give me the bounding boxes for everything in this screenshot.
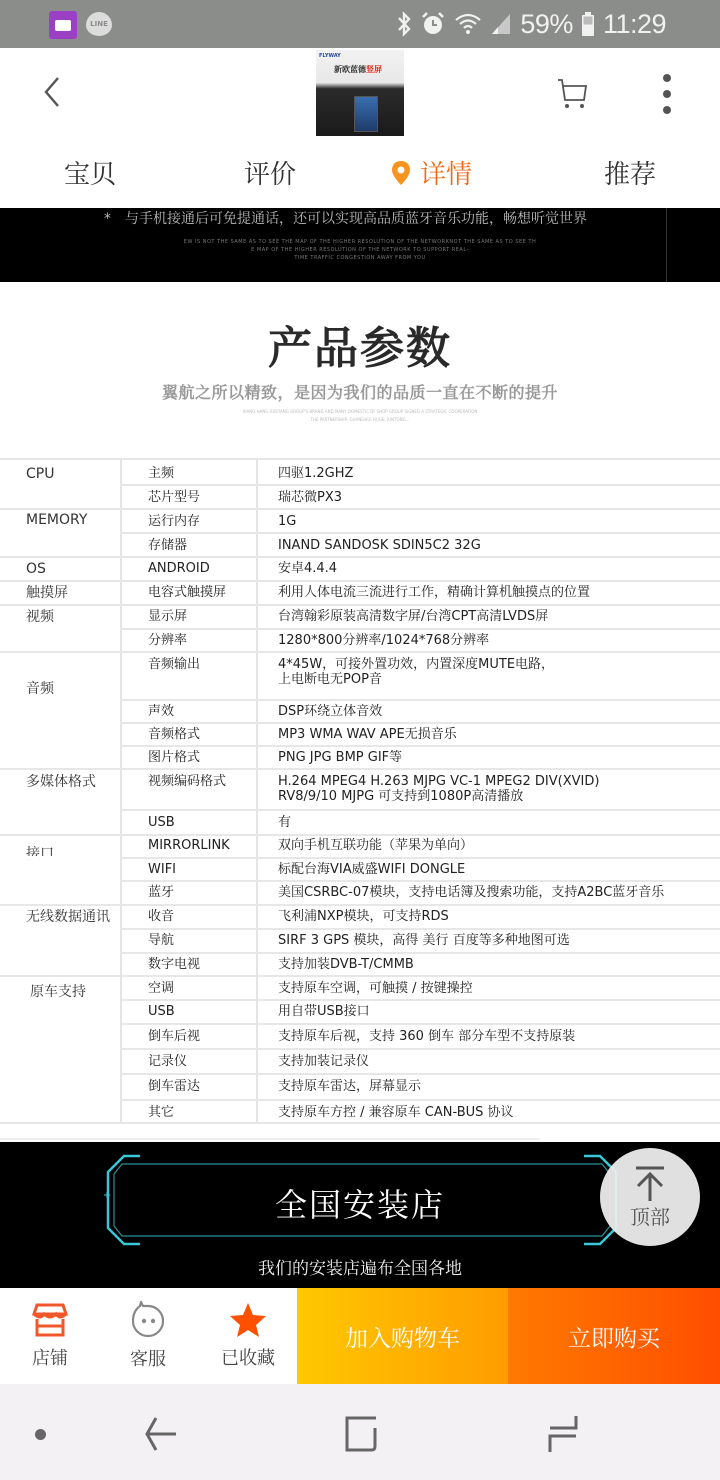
- divider: [0, 1138, 540, 1140]
- spec-value: 1280*800分辨率/1024*768分辨率: [278, 633, 489, 649]
- battery-icon: [581, 11, 595, 37]
- spec-category: OS: [26, 561, 46, 577]
- line-icon: LINE: [86, 12, 112, 36]
- feature-english: EW IS NOT THE SAME AS TO SEE THE MAP OF …: [0, 238, 720, 262]
- tab-label: 推荐: [604, 154, 656, 191]
- spec-category: 视频: [26, 609, 54, 625]
- table-row: 记录仪 支持加装记录仪: [0, 1048, 720, 1072]
- cell-merge-mask: [0, 951, 120, 954]
- table-row: MEMORY 运行内存 1G: [0, 508, 720, 532]
- feature-banner: *与手机接通后可免提通话，还可以实现高品质蓝牙音乐功能，畅想听觉世界 EW IS…: [0, 208, 720, 282]
- table-row: 导航 SIRF 3 GPS 模块，高得 美行 百度等多种地图可选: [0, 928, 720, 952]
- spec-item: 存储器: [148, 538, 187, 554]
- tab-label: 详情: [420, 154, 472, 191]
- table-row: 其它 支持原车方控 / 兼容原车 CAN-BUS 协议: [0, 1099, 720, 1123]
- spec-value: 支持加装记录仪: [278, 1054, 369, 1070]
- shop-button[interactable]: 店铺: [20, 1288, 80, 1384]
- cell-merge-mask: [0, 744, 120, 747]
- table-row: 触摸屏 电容式触摸屏 利用人体电流三流进行工作，精确计算机触摸点的位置: [0, 580, 720, 604]
- caption-highlight: 竖屏: [366, 65, 382, 74]
- spec-item: 显示屏: [148, 609, 187, 625]
- spec-value: H.264 MPEG4 H.263 MJPG VC-1 MPEG2 DIV(XV…: [278, 774, 599, 790]
- section-subtitle: 翼航之所以精致，是因为我们的品质一直在不断的提升: [0, 380, 720, 403]
- tab-label: 宝贝: [64, 154, 116, 191]
- alarm-icon: [420, 11, 446, 37]
- english-line: TIME TRAFFIC CONGESTION AWAY FROM YOU: [0, 254, 720, 262]
- cell-merge-mask: [0, 531, 120, 534]
- tab-reviews[interactable]: 评价: [244, 154, 296, 191]
- status-bar: LINE 59% 11:29: [0, 0, 720, 48]
- spec-value: 飞利浦NXP模块，可支持RDS: [278, 909, 449, 925]
- cell-merge-mask: [0, 483, 120, 486]
- thumbnail-caption: 新欧蓝德竖屏: [334, 64, 382, 75]
- spec-item: ANDROID: [148, 561, 210, 577]
- cell-merge-mask: [0, 721, 120, 724]
- spec-item: 其它: [148, 1105, 174, 1121]
- cell-merge-mask: [0, 879, 120, 882]
- shop-icon: [31, 1302, 69, 1338]
- buy-now-label: 立即购买: [568, 1320, 660, 1353]
- english-line: EW IS NOT THE SAME AS TO SEE THE MAP OF …: [0, 238, 720, 246]
- wifi-icon: [454, 12, 482, 36]
- cell-merge-mask: [0, 627, 120, 630]
- spec-item: 声效: [148, 704, 174, 720]
- spec-item: 视频编码格式: [148, 774, 226, 790]
- spec-item: USB: [148, 1004, 175, 1020]
- system-home-button[interactable]: [344, 1416, 378, 1452]
- spec-value: 用自带USB接口: [278, 1004, 370, 1020]
- caption-main: 新欧蓝德: [334, 65, 366, 74]
- spec-category: 音频: [26, 681, 54, 697]
- spec-item: 蓝牙: [148, 885, 174, 901]
- table-row: 接口 MIRRORLINK 双向手机互联功能（苹果为单向）: [0, 834, 720, 858]
- spec-category: MEMORY: [26, 512, 87, 528]
- tab-bar: 宝贝 评价 详情 推荐: [0, 148, 720, 198]
- system-recents-button[interactable]: [546, 1414, 580, 1454]
- table-row: USB 有: [0, 809, 720, 833]
- spec-item: 倒车后视: [148, 1029, 200, 1045]
- more-menu-button[interactable]: [660, 74, 674, 114]
- thumbnail-screen: [354, 96, 378, 132]
- section-title: 产品参数: [0, 312, 720, 376]
- table-row: WIFI 标配台海VIA威盛WIFI DONGLE: [0, 857, 720, 881]
- table-row: 倒车雷达 支持原车雷达，屏幕显示: [0, 1073, 720, 1098]
- buy-now-button[interactable]: 立即购买: [508, 1288, 720, 1384]
- bluetooth-icon: [396, 11, 412, 37]
- spec-item: 音频输出: [148, 657, 200, 673]
- spec-item: MIRRORLINK: [148, 838, 230, 854]
- add-to-cart-button[interactable]: 加入购物车: [297, 1288, 508, 1384]
- install-banner-subtitle: 我们的安装店遍布全国各地: [0, 1254, 720, 1279]
- back-to-top-label: 顶部: [630, 1201, 670, 1230]
- spec-category: 多媒体格式: [26, 774, 96, 790]
- location-pin-icon: [390, 160, 412, 186]
- feature-text: *与手机接通后可免提通话，还可以实现高品质蓝牙音乐功能，畅想听觉世界: [104, 208, 587, 228]
- spec-value: 上电断电无POP音: [278, 672, 382, 688]
- tab-recommend[interactable]: 推荐: [604, 154, 656, 191]
- system-back-button[interactable]: [144, 1416, 178, 1452]
- bullet: *: [104, 211, 111, 227]
- table-row: 图片格式 PNG JPG BMP GIF等: [0, 745, 720, 769]
- spec-value: SIRF 3 GPS 模块，高得 美行 百度等多种地图可选: [278, 933, 570, 949]
- spec-value: 瑞芯微PX3: [278, 490, 342, 506]
- back-to-top-button[interactable]: 顶部: [600, 1148, 700, 1246]
- clock: 11:29: [603, 9, 666, 40]
- cell-merge-mask: [0, 1072, 120, 1075]
- spec-item: 芯片型号: [148, 490, 200, 506]
- spec-item: 主频: [148, 466, 174, 482]
- spec-value: 支持原车后视，支持 360 倒车 部分车型不支持原装: [278, 1029, 575, 1045]
- spec-category: CPU: [26, 466, 54, 482]
- spec-value: 4*45W，可接外置功效，内置深度MUTE电路，: [278, 657, 554, 673]
- spec-item: 导航: [148, 933, 174, 949]
- spec-value: 双向手机互联功能（苹果为单向）: [278, 838, 473, 854]
- table-row: 音频格式 MP3 WMA WAV APE无损音乐: [0, 722, 720, 746]
- table-row: 分辨率 1280*800分辨率/1024*768分辨率: [0, 628, 720, 652]
- spec-item: 分辨率: [148, 633, 187, 649]
- cell-merge-mask: [0, 808, 120, 811]
- spec-item: 倒车雷达: [148, 1079, 200, 1095]
- add-to-cart-label: 加入购物车: [345, 1320, 460, 1353]
- spec-category: 无线数据通讯: [26, 909, 110, 925]
- spec-item: USB: [148, 815, 175, 831]
- cell-merge-mask: [0, 1098, 120, 1101]
- table-row: 音频 音频输出 4*45W，可接外置功效，内置深度MUTE电路， 上电断电无PO…: [0, 651, 720, 699]
- cart-icon[interactable]: [556, 76, 590, 110]
- spec-value: RV8/9/10 MJPG 可支持到1080P高清播放: [278, 789, 523, 805]
- spec-value: DSP环绕立体音效: [278, 704, 382, 720]
- table-row: 倒车后视 支持原车后视，支持 360 倒车 部分车型不支持原装: [0, 1023, 720, 1048]
- table-row: 芯片型号 瑞芯微PX3: [0, 484, 720, 508]
- table-row: OS ANDROID 安卓4.4.4: [0, 556, 720, 580]
- product-header: FLYWAY 新欧蓝德竖屏 宝贝 评价 详情 推荐: [0, 48, 720, 208]
- table-row: 多媒体格式 视频编码格式 H.264 MPEG4 H.263 MJPG VC-1…: [0, 768, 720, 809]
- spec-item: 电容式触摸屏: [148, 585, 226, 601]
- system-navigation-bar: [0, 1384, 720, 1480]
- favorite-label: 已收藏: [221, 1344, 275, 1370]
- feature-line: 与手机接通后可免提通话，还可以实现高品质蓝牙音乐功能，畅想听觉世界: [125, 211, 587, 227]
- table-row: CPU 主频 四驱1.2GHZ: [0, 458, 720, 484]
- tab-item[interactable]: 宝贝: [64, 154, 116, 191]
- spec-value: 标配台海VIA威盛WIFI DONGLE: [278, 862, 465, 878]
- spec-item: 数字电视: [148, 957, 200, 973]
- chat-face-icon: [129, 1301, 167, 1339]
- spec-value: 有: [278, 815, 291, 831]
- cell-merge-mask: [0, 1022, 120, 1025]
- star-icon: [229, 1302, 267, 1338]
- table-row: 声效 DSP环绕立体音效: [0, 699, 720, 723]
- spec-category: 触摸屏: [26, 585, 68, 601]
- table-row: 数字电视 支持加装DVB-T/CMMB: [0, 952, 720, 976]
- spec-value: 安卓4.4.4: [278, 561, 337, 577]
- spec-value: 四驱1.2GHZ: [278, 466, 353, 482]
- spec-item: WIFI: [148, 862, 176, 878]
- signal-icon: [490, 12, 512, 36]
- customer-service-button[interactable]: 客服: [118, 1288, 178, 1384]
- cell-merge-mask: [0, 1047, 120, 1050]
- favorite-button[interactable]: 已收藏: [216, 1288, 280, 1384]
- table-row: 视频 显示屏 台湾翰彩原装高清数字屏/台湾CPT高清LVDS屏: [0, 604, 720, 628]
- table-row: 无线数据通讯 收音 飞利浦NXP模块，可支持RDS: [0, 904, 720, 928]
- spec-item: 空调: [148, 981, 174, 997]
- spec-value: 支持原车空调，可触摸 / 按键操控: [278, 981, 473, 997]
- arrow-up-icon: [633, 1165, 667, 1203]
- english-line: THE PARTNERSHIP, GUANGHUI HUGE, JUNTONG.…: [0, 416, 720, 424]
- battery-percent: 59%: [520, 9, 573, 40]
- table-row: 存储器 INAND SANDOSK SDIN5C2 32G: [0, 532, 720, 556]
- cell-merge-mask: [0, 998, 120, 1001]
- table-bottom-border: [0, 1122, 720, 1124]
- table-row: 蓝牙 美国CSRBC-07模块，支持电话簿及搜索功能，支持A2BC蓝牙音乐: [0, 880, 720, 904]
- spec-value: PNG JPG BMP GIF等: [278, 750, 402, 766]
- section-english: XIANG HANG XUEYANG GROUP'S BRAND AND MAN…: [0, 408, 720, 424]
- spec-value: 美国CSRBC-07模块，支持电话簿及搜索功能，支持A2BC蓝牙音乐: [278, 885, 664, 901]
- product-thumbnail[interactable]: FLYWAY 新欧蓝德竖屏: [316, 50, 404, 136]
- cell-merge-mask: [0, 698, 120, 701]
- english-line: E MAP OF THE HIGHER RESOLUTION OF THE NE…: [0, 246, 720, 254]
- messenger-icon: [49, 11, 77, 39]
- bottom-action-bar: 店铺 客服 已收藏 加入购物车 立即购买: [0, 1288, 720, 1384]
- line-icon-label: LINE: [90, 20, 108, 28]
- spec-item: 运行内存: [148, 514, 200, 530]
- service-label: 客服: [130, 1345, 166, 1371]
- back-button[interactable]: [38, 72, 68, 112]
- nav-dot-indicator: [35, 1429, 46, 1440]
- table-row: USB 用自带USB接口: [0, 999, 720, 1023]
- spec-value: 支持加装DVB-T/CMMB: [278, 957, 414, 973]
- shop-label: 店铺: [32, 1344, 68, 1370]
- tab-details[interactable]: 详情: [390, 154, 472, 191]
- table-row: 原车支持 空调 支持原车空调，可触摸 / 按键操控: [0, 975, 720, 999]
- spec-value: 1G: [278, 514, 296, 530]
- spec-value: 利用人体电流三流进行工作，精确计算机触摸点的位置: [278, 585, 590, 601]
- spec-item: 收音: [148, 909, 174, 925]
- tab-label: 评价: [244, 154, 296, 191]
- cell-merge-mask: [0, 927, 120, 930]
- spec-value: 支持原车雷达，屏幕显示: [278, 1079, 421, 1095]
- spec-item: 图片格式: [148, 750, 200, 766]
- spec-value: MP3 WMA WAV APE无损音乐: [278, 727, 457, 743]
- spec-value: INAND SANDOSK SDIN5C2 32G: [278, 538, 481, 554]
- spec-value: 支持原车方控 / 兼容原车 CAN-BUS 协议: [278, 1105, 514, 1121]
- thumbnail-brand: FLYWAY: [319, 53, 341, 59]
- cell-merge-mask: [0, 856, 120, 859]
- divider: [666, 208, 667, 282]
- spec-value: 台湾翰彩原装高清数字屏/台湾CPT高清LVDS屏: [278, 609, 548, 625]
- spec-item: 音频格式: [148, 727, 200, 743]
- spec-item: 记录仪: [148, 1054, 187, 1070]
- english-line: XIANG HANG XUEYANG GROUP'S BRAND AND MAN…: [0, 408, 720, 416]
